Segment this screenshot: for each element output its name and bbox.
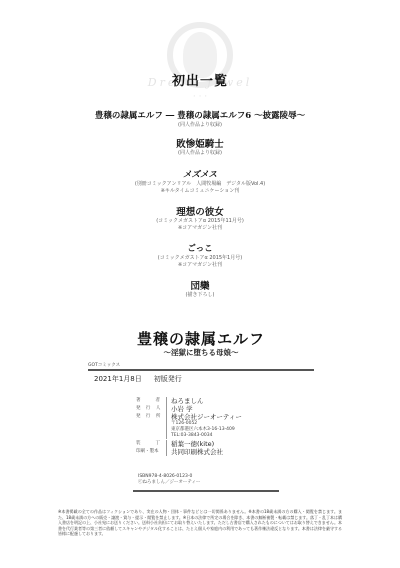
divider xyxy=(88,369,314,371)
credit-label: 発 行 人 xyxy=(136,405,166,413)
publisher-name: 株式会社ジーオーティー xyxy=(171,413,242,421)
work-item: 理想の彼女 (コミックメガストアα 2015年11月号) ※コアマガジン社刊 xyxy=(0,207,400,232)
credit-value: 共同印刷株式会社 xyxy=(166,448,223,456)
page-heading: 初出一覧 xyxy=(0,70,400,89)
book-subtitle: ～淫獄に堕ちる母娘～ xyxy=(88,348,314,358)
credit-label: 著 者 xyxy=(136,397,166,405)
credit-row-design: 装 丁 稲葉一徳(kite) xyxy=(136,440,316,448)
work-title: 団欒 xyxy=(0,281,400,292)
credit-value: 株式会社ジーオーティー 〒126-0052 東京都港区六本木3-16-13-40… xyxy=(166,413,242,439)
issue-line: 2021年1月8日初版発行 xyxy=(88,374,314,384)
credit-value: ねろましん xyxy=(166,397,204,405)
work-source: (コミックメガストアα 2015年1月号) xyxy=(0,255,400,262)
issue-edition: 初版発行 xyxy=(154,375,182,383)
credits-table: 著 者 ねろましん 発 行 人 小岩 学 発 行 所 株式会社ジーオーティー 〒… xyxy=(136,397,316,456)
credit-row-printer: 印刷・製本 共同印刷株式会社 xyxy=(136,448,316,456)
credit-row-publisher-person: 発 行 人 小岩 学 xyxy=(136,405,316,413)
credit-label: 装 丁 xyxy=(136,440,166,448)
work-title: ごっこ xyxy=(0,244,400,255)
isbn-block: ISBN978-4-8026-0123-0 ⓒねろましん／ジーオーティー xyxy=(138,474,201,486)
credit-value: 小岩 学 xyxy=(166,405,193,413)
work-source: (同人作品より収録) xyxy=(0,122,400,129)
work-publisher: ※コアマガジン社刊 xyxy=(0,225,400,232)
colophon: 豊穣の隷属エルフ ～淫獄に堕ちる母娘～ GOTコミックス 2021年1月8日初版… xyxy=(88,330,314,384)
publisher-emblem: Dream Jewel · · · xyxy=(155,22,245,112)
work-item: ごっこ (コミックメガストアα 2015年1月号) ※コアマガジン社刊 xyxy=(0,244,400,269)
work-source: (コミックメガストアα 2015年11月号) xyxy=(0,218,400,225)
work-item: 団欒 (描き下ろし) xyxy=(0,281,400,299)
credit-label: 印刷・製本 xyxy=(136,448,166,456)
credit-row-publisher: 発 行 所 株式会社ジーオーティー 〒126-0052 東京都港区六本木3-16… xyxy=(136,413,316,439)
work-item: 豊穣の隷属エルフ ― 豊穣の隷属エルフ6 ～披露陵辱～ (同人作品より収録) xyxy=(0,111,400,129)
work-title: 理想の彼女 xyxy=(0,207,400,218)
series-label: GOTコミックス xyxy=(88,362,314,368)
credit-row-author: 著 者 ねろましん xyxy=(136,397,316,405)
credit-value: 稲葉一徳(kite) xyxy=(166,440,214,448)
work-title: 敗惨姫騎士 xyxy=(0,139,400,150)
work-source: (同人作品より収録) xyxy=(0,150,400,157)
legal-notice: ※本書掲載の全ての作品はフィクションであり、実在の人物・団体・事件などとは一切関… xyxy=(58,509,342,537)
work-source: (描き下ろし) xyxy=(0,292,400,299)
work-publisher: ※キルタイムコミュニケーション刊 xyxy=(0,188,400,195)
work-item: メズメス (別冊コミックアンリアル 人間牧場編 デジタル版Vol.4) ※キルタ… xyxy=(0,170,400,195)
afterword-page: Dream Jewel · · · 初出一覧 豊穣の隷属エルフ ― 豊穣の隷属エ… xyxy=(0,0,400,568)
credit-label: 発 行 所 xyxy=(136,413,166,421)
work-item: 敗惨姫騎士 (同人作品より収録) xyxy=(0,139,400,157)
divider xyxy=(133,490,279,492)
book-title: 豊穣の隷属エルフ xyxy=(88,330,314,348)
first-appearance-list: 豊穣の隷属エルフ ― 豊穣の隷属エルフ6 ～披露陵辱～ (同人作品より収録) 敗… xyxy=(0,111,400,299)
issue-date: 2021年1月8日 xyxy=(94,375,142,383)
work-title: 豊穣の隷属エルフ ― 豊穣の隷属エルフ6 ～披露陵辱～ xyxy=(0,111,400,122)
copyright: ⓒねろましん／ジーオーティー xyxy=(138,480,201,486)
work-publisher: ※コアマガジン社刊 xyxy=(0,262,400,269)
phone: TEL:03-3843-0034 xyxy=(171,433,242,439)
work-title: メズメス xyxy=(0,170,400,181)
emblem-ornament: · · · xyxy=(185,92,215,102)
work-source: (別冊コミックアンリアル 人間牧場編 デジタル版Vol.4) xyxy=(0,181,400,188)
